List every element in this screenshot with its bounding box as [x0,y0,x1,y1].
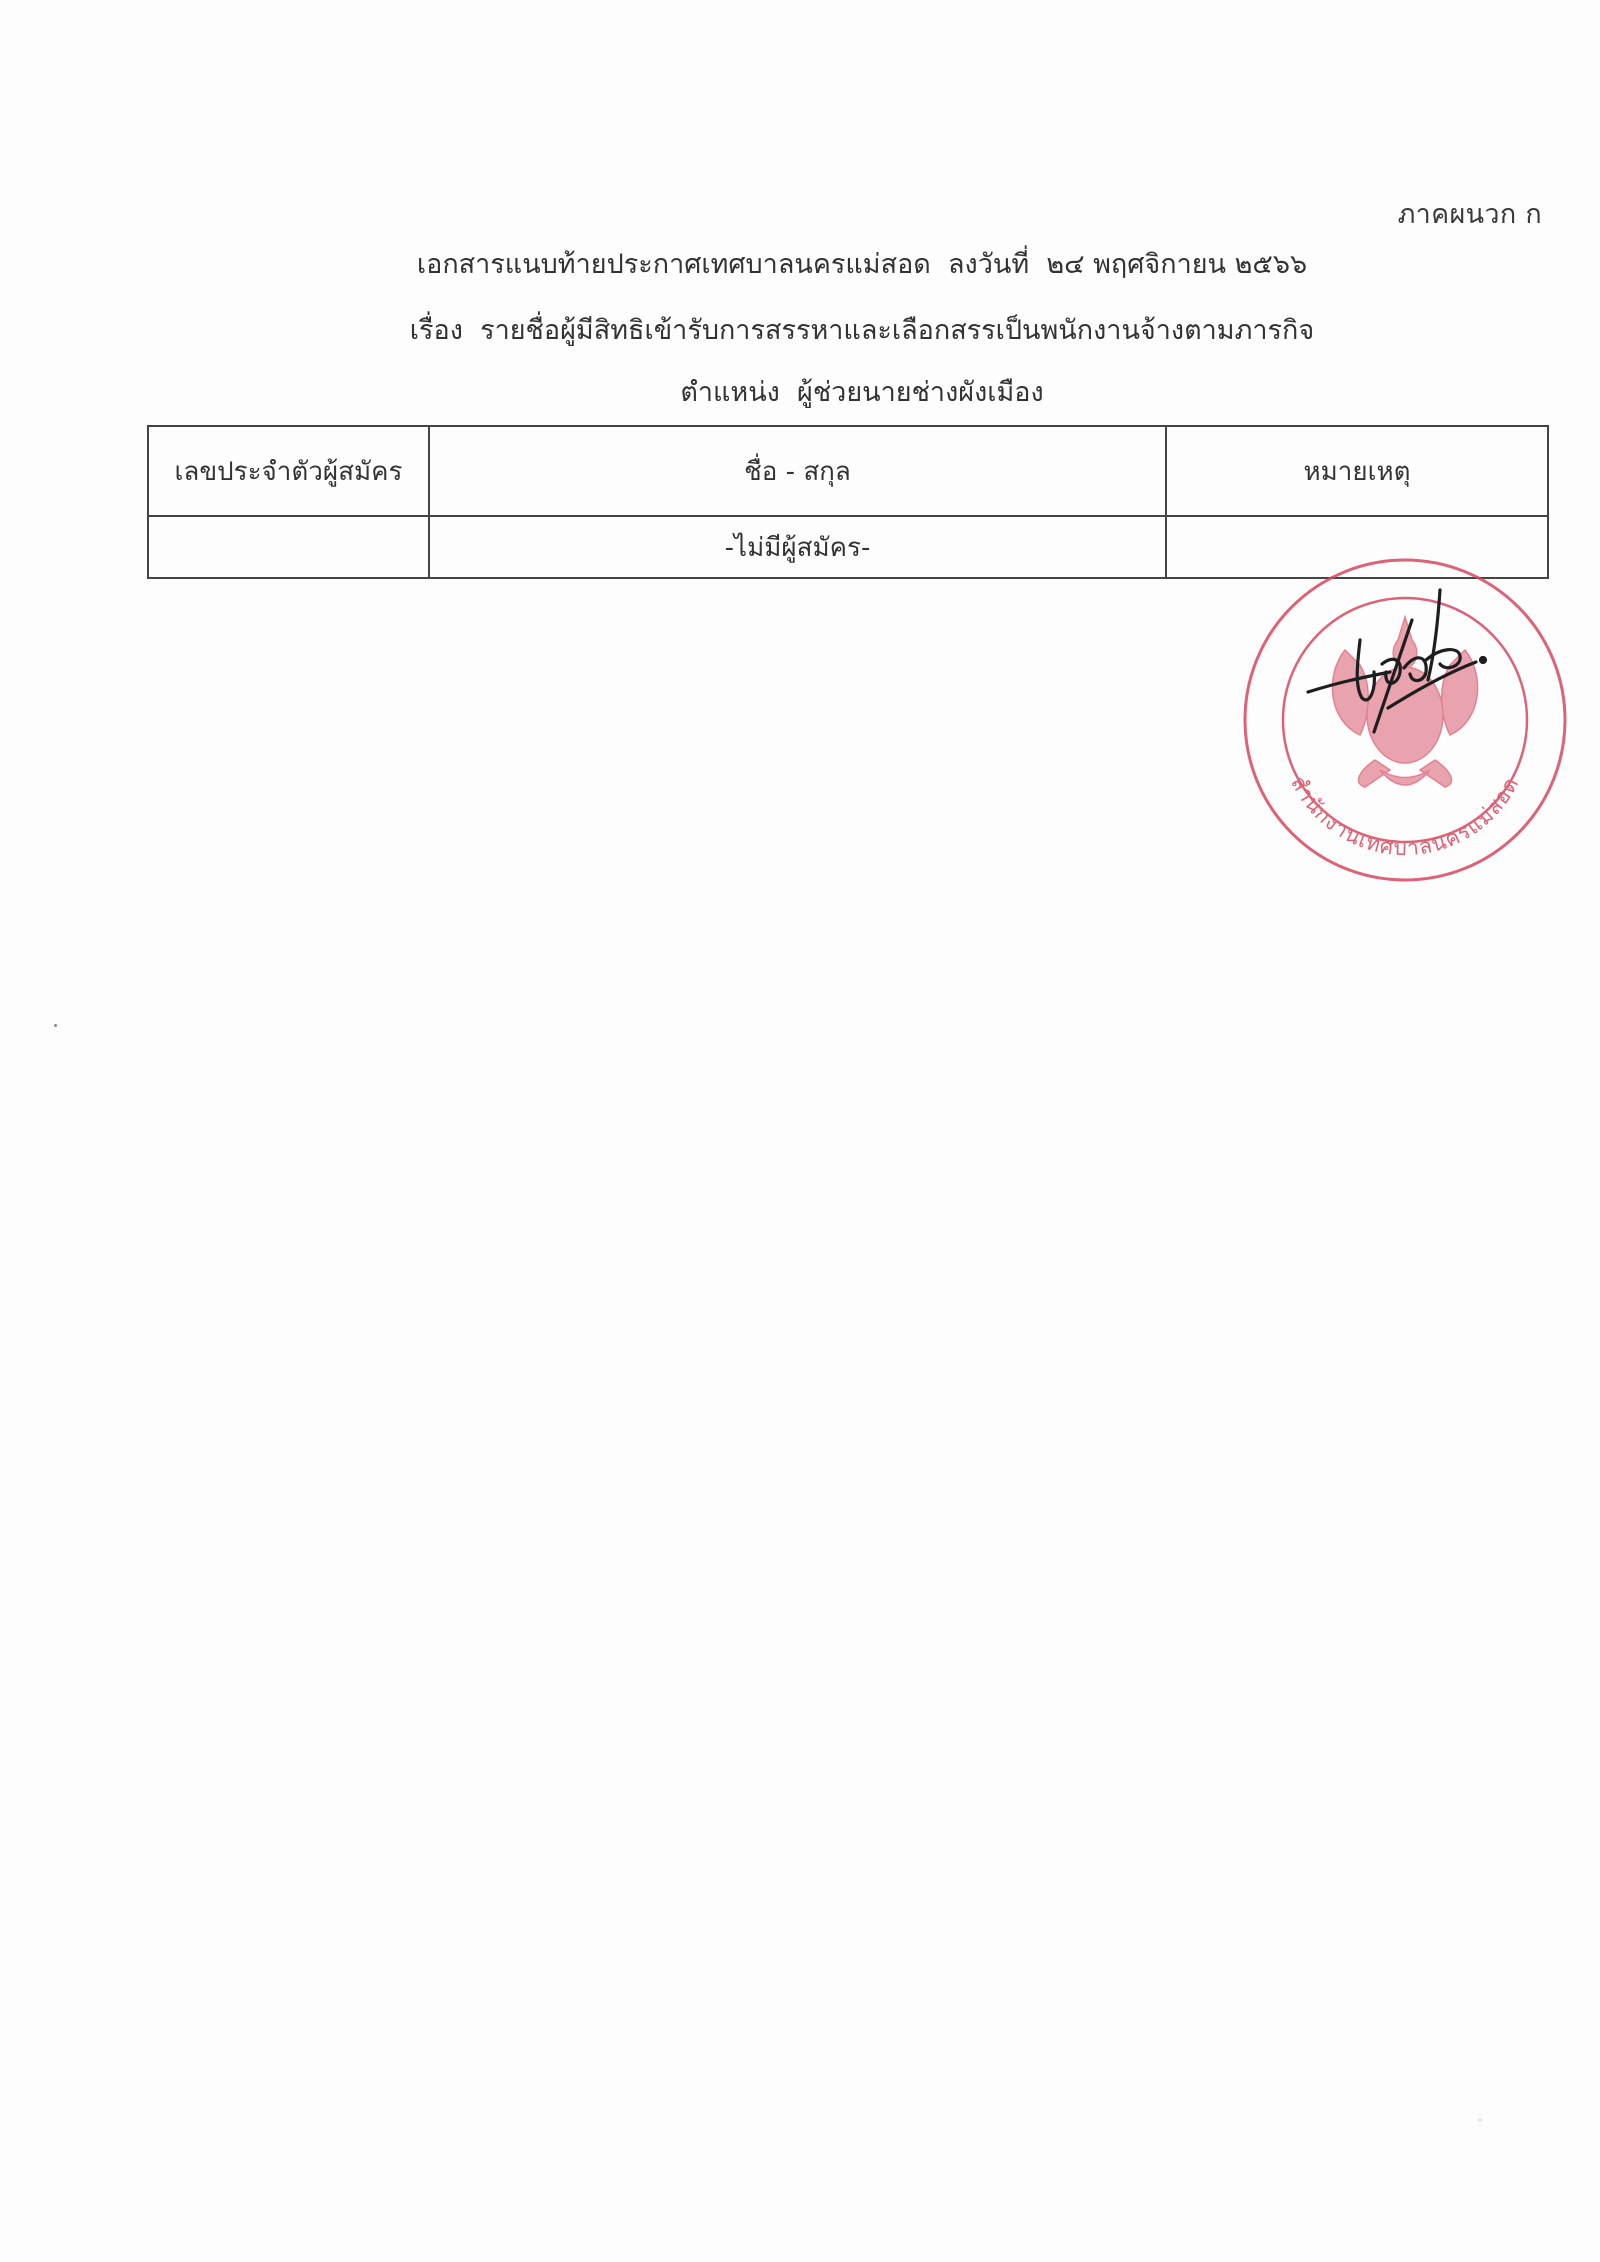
document-page: ภาคผนวก ก เอกสารแนบท้ายประกาศเทศบาลนครแม… [0,0,1600,2262]
position-heading: ตำแหน่ง ผู้ช่วยนายช่างผังเมือง [0,370,1600,413]
subject-heading: เรื่อง รายชื่อผู้มีสิทธิเข้ารับการสรรหาแ… [0,308,1600,351]
announcement-heading: เอกสารแนบท้ายประกาศเทศบาลนครแม่สอด ลงวัน… [0,242,1600,285]
cell-full-name: -ไม่มีผู้สมัคร- [429,516,1166,578]
table-header-row: เลขประจำตัวผู้สมัคร ชื่อ - สกุล หมายเหตุ [148,426,1548,516]
scan-speck [1478,2118,1482,2122]
cell-applicant-id [148,516,429,578]
column-header-full-name: ชื่อ - สกุล [429,426,1166,516]
signature-icon [1300,560,1520,740]
column-header-remark: หมายเหตุ [1166,426,1548,516]
column-header-applicant-id: เลขประจำตัวผู้สมัคร [148,426,429,516]
appendix-label: ภาคผนวก ก [1398,192,1542,235]
scan-speck [54,1024,57,1027]
